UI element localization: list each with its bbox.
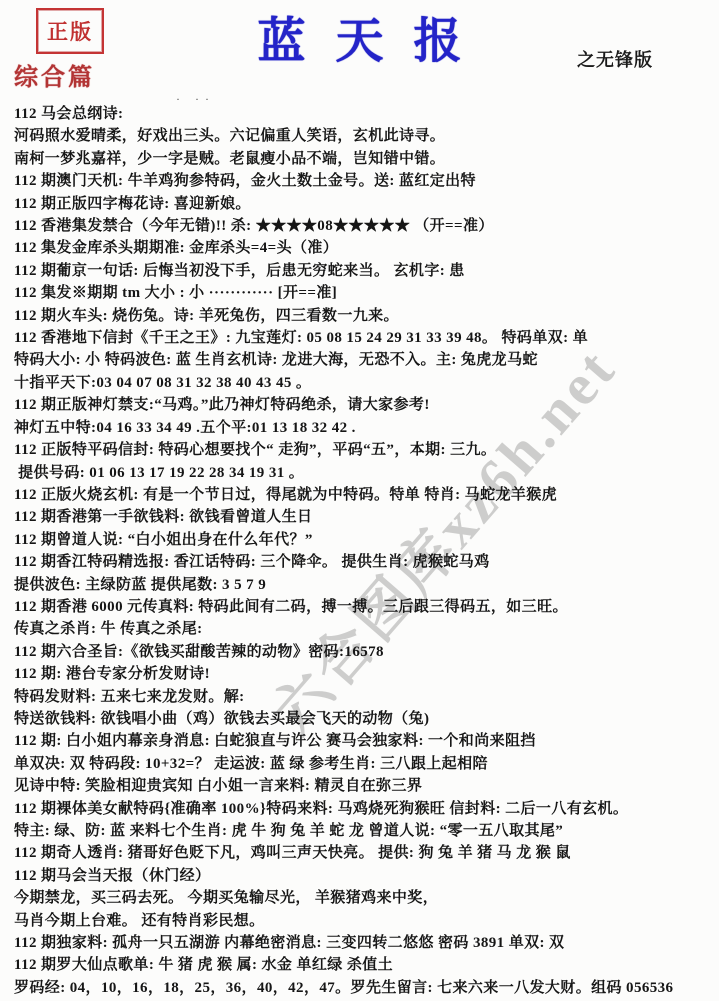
newspaper-page: 正版 蓝天报 之无锋版 综合篇 · ·· 六合图库xz6h.net 112 马会… [0,0,719,1001]
report-line: 112 期火车头: 烧伤兔。诗: 羊死兔伤，四三看数一九来。 [14,305,714,327]
report-line: 112 期曾道人说: “白小姐出身在什么年代？” [14,529,714,551]
report-line: 112 期澳门天机: 牛羊鸡狗参特码，金火土数土金号。送: 蓝红定出特 [14,170,714,192]
report-line: 112 正版火烧玄机: 有是一个节日过，得尾就为中特码。特单 特肖: 马蛇龙羊猴… [14,484,714,506]
report-line: 今期禁龙，买三码去死。 今期买兔输尽光， 羊猴猪鸡来中奖， [14,887,714,909]
tips-text-block: 112 马会总纲诗:河码照水爱晴柔，好戏出三头。六记偏重人笑语，玄机此诗寻。南柯… [14,103,714,999]
report-line: 112 期: 港台专家分析发财诗! [14,663,714,685]
report-line: 特码大小: 小 特码波色: 蓝 生肖玄机诗: 龙进大海，无恐不入。主: 兔虎龙马… [14,349,714,371]
report-line: 112 马会总纲诗: [14,103,714,125]
report-line: 特码发财料: 五来七来龙发财。解: [14,686,714,708]
report-line: 112 集发金库杀头期期准: 金库杀头=4=头（准） [14,237,714,259]
report-line: 112 期香港 6000 元传真料: 特码此间有二码，搏一搏。三后跟三得码五，如… [14,596,714,618]
edition-label: 之无锋版 [577,46,653,72]
report-line: 112 正版特平码信封: 特码心想要找个“ 走狗”，平码“五”，本期: 三九。 [14,439,714,461]
report-line: 112 期罗大仙点歌单: 牛 猪 虎 猴 属: 水金 单红绿 杀值土 [14,954,714,976]
report-line: 112 期香江特码精选报: 香江话特码: 三个降伞。 提供生肖: 虎猴蛇马鸡 [14,551,714,573]
report-line: 十指平天下:03 04 07 08 31 32 38 40 43 45 。 [14,372,714,394]
report-line: 马肖今期上台难。 还有特肖彩民想。 [14,910,714,932]
report-line: 单双决: 双 特码段: 10+32=？ 走运波: 蓝 绿 参考生肖: 三八跟上起… [14,753,714,775]
report-line: 特送欲钱料: 欲钱唱小曲（鸡）欲钱去买最会飞天的动物（兔) [14,708,714,730]
report-line: 112 期香港第一手欲钱料: 欲钱看曾道人生日 [14,506,714,528]
report-line: 112 期独家料: 孤舟一只五湖游 内幕绝密消息: 三变四转二悠悠 密码 389… [14,932,714,954]
report-line: 传真之杀肖: 牛 传真之杀尾: [14,618,714,640]
report-line: 112 期葡京一句话: 后悔当初没下手，后患无穷蛇来当。 玄机字: 患 [14,260,714,282]
report-line: 112 期正版四字梅花诗: 喜迎新娘。 [14,193,714,215]
report-line: 112 期正版神灯禁支:“马鸡。”此乃神灯特码绝杀，请大家参考! [14,394,714,416]
report-line: 112 期马会当天报（休门经） [14,865,714,887]
report-line: 112 香港集发禁合（今年无错)!! 杀: ★★★★08★★★★★ （开==准） [14,215,714,237]
section-heading: 综合篇 [14,57,95,92]
report-line: 提供号码: 01 06 13 17 19 22 28 34 19 31 。 [14,462,714,484]
report-line: 112 期奇人透肖: 猪哥好色贬下凡，鸡叫三声天快亮。 提供: 狗 兔 羊 猪 … [14,842,714,864]
report-line: 112 香港地下信封《千王之王》: 九宝莲灯: 05 08 15 24 29 3… [14,327,714,349]
report-line: 见诗中特: 笑脸相迎贵宾知 白小姐一言来料: 精灵自在弥三界 [14,775,714,797]
report-line: 神灯五中特:04 16 33 34 49 .五个平:01 13 18 32 42… [14,417,714,439]
report-line: 112 期裸体美女献特码{准确率 100%}特码来料: 马鸡烧死狗猴旺 信封料:… [14,798,714,820]
report-line: 112 期: 白小姐内幕亲身消息: 白蛇狼直与许公 赛马会独家料: 一个和尚来阻… [14,730,714,752]
report-line: 南柯一梦兆嘉祥，少一字是贼。老鼠瘦小品不端，岂知错中错。 [14,148,714,170]
report-line: 提供波色: 主绿防蓝 提供尾数: 3 5 7 9 [14,574,714,596]
report-line: 112 集发※期期 tm 大小 : 小 ············ [开==准] [14,282,714,304]
report-line: 特主: 绿、防: 蓝 来料七个生肖: 虎 牛 狗 兔 羊 蛇 龙 曾道人说: “… [14,820,714,842]
report-line: 河码照水爱晴柔，好戏出三头。六记偏重人笑语，玄机此诗寻。 [14,125,714,147]
report-line: 112 期六合圣旨:《欲钱买甜酸苦辣的动物》密码:16578 [14,641,714,663]
report-line: 罗码经: 04，10，16，18，25，36，40，42，47。罗先生留言: 七… [14,977,714,999]
